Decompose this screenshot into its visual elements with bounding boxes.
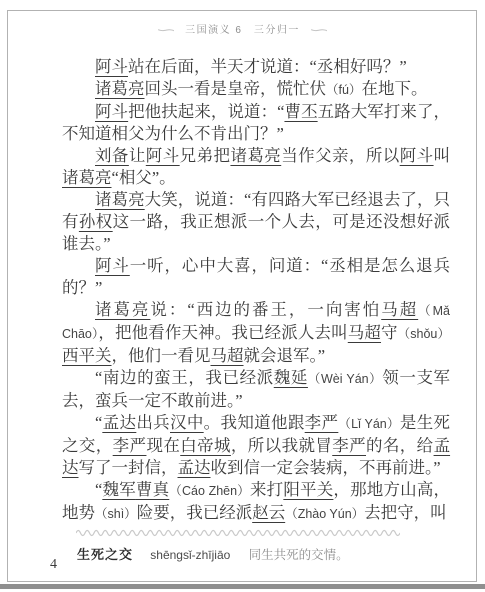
proper-noun-underlined: 诸葛亮 [62,168,112,187]
text-run: ，他们一看见 [112,346,211,365]
text-run: “相父”。 [112,168,176,187]
proper-noun-underlined: 魏延 [274,368,308,387]
proper-noun-underlined: 白帝城 [180,436,231,455]
proper-noun-underlined: 阿斗 [146,146,180,165]
proper-noun-underlined: 赵云 [252,503,285,522]
proper-noun-underlined: 阿斗 [95,57,128,76]
text-body: 阿斗站在后面，半天才说道：“丞相好吗？”诸葛亮回头一看是皇帝，慌忙伏（fú）在地… [62,56,450,525]
text-run: “南边的蛮王，我已经派 [95,368,274,387]
footnote-pinyin: shēngsǐ-zhījiāo [150,548,230,562]
paragraph: 阿斗把他扶起来，说道：“曹丕五路大军打来了，不知道相父为什么不肯出门？” [62,101,450,145]
text-run: 来打 [250,480,283,499]
proper-noun-underlined: 孙权 [79,212,113,231]
footnote-term: 生死之交 [77,547,133,562]
pinyin-annotation: （Cáo Zhēn） [169,484,250,498]
pinyin-annotation: （shì） [95,507,137,521]
paragraph: 诸葛亮说：“西边的番王，一向害怕马超（Mǎ Chāo），把他看作天神。我已经派人… [62,299,450,367]
proper-noun-underlined: 诸葛亮 [95,79,145,98]
text-run: 站在后面，半天才说道：“丞相好吗？” [128,57,407,76]
proper-noun-underlined: 汉中 [170,413,204,432]
proper-noun-underlined: 诸葛亮 [95,300,150,319]
paragraph: 阿斗一听，心中大喜，问道：“丞相是怎么退兵的？” [62,255,450,299]
proper-noun-underlined: 李严 [305,413,339,432]
pinyin-annotation: （Lǐ Yán） [338,417,400,431]
wavy-divider [76,528,400,538]
proper-noun-underlined: 马超 [211,346,244,365]
text-run: 当作父亲，所以 [281,146,399,165]
text-run: 的名，给 [366,436,434,455]
paragraph: 阿斗站在后面，半天才说道：“丞相好吗？” [62,56,450,78]
swirl-ornament-left-icon: ∽ [155,23,176,37]
text-run: 。我知道他跟 [204,413,305,432]
proper-noun-underlined: 阿斗 [400,146,434,165]
text-run: 写了一封信， [79,458,178,477]
pinyin-annotation: （shǒu） [398,327,450,341]
swirl-ornament-right-icon: ∽ [308,23,329,37]
running-header-title: 三国演义 6 三分归一 [185,25,300,36]
text-run: 去把守，叫 [364,503,447,522]
text-run: ，所以我就冒 [231,436,332,455]
proper-noun-underlined: 马超 [381,300,418,319]
text-run: 在地下。 [361,79,427,98]
text-run: 让 [129,146,146,165]
proper-noun-underlined: 魏军 [102,480,136,499]
text-run: 现在 [146,436,180,455]
proper-noun-underlined: 阳平关 [283,480,333,499]
text-run: 就会退军。” [244,346,326,365]
paragraph: 诸葛亮回头一看是皇帝，慌忙伏（fú）在地下。 [62,78,450,101]
vocabulary-footnote: 生死之交 shēngsǐ-zhījiāo 同生共死的交情。 [77,544,349,563]
proper-noun-underlined: 孟达 [178,458,211,477]
paragraph: “魏军曹真（Cáo Zhēn）来打阳平关，那地方山高，地势（shì）险要，我已经… [62,479,450,525]
proper-noun-underlined: 孟达 [102,413,136,432]
wavy-divider-path [76,531,400,536]
text-run: 说：“西边的番王，一向害怕 [150,300,381,319]
paragraph: “南边的蛮王，我已经派魏延（Wèi Yán）领一支军去，蛮兵一定不敢前进。” [62,367,450,412]
paragraph: 诸葛亮大笑，说道：“有四路大军已经退去了，只有孙权这一路，我正想派一个人去，可是… [62,189,450,255]
text-run: 这一路，我正想派一个人去，可是还没想好派谁去。” [62,212,450,253]
proper-noun-underlined: 刘备 [95,146,129,165]
footnote-definition: 同生共死的交情。 [249,548,349,562]
proper-noun-underlined: 李严 [113,436,147,455]
pinyin-annotation: （Zhào Yún） [285,507,364,521]
proper-noun-underlined: 李严 [332,436,366,455]
text-run: 出兵 [136,413,170,432]
page-number: 4 [50,557,57,573]
text-run: 险要，我已经派 [137,503,253,522]
proper-noun-underlined: 西平关 [62,346,112,365]
text-run: 叫 [434,146,451,165]
text-run: 收到信一定会装病，不再前进。” [211,458,441,477]
proper-noun-underlined: 阿斗 [95,102,128,121]
text-run: 兄弟把 [180,146,231,165]
pinyin-annotation: （fú） [326,83,361,97]
running-header: ∽三国演义 6 三分归一∽ [0,21,485,37]
text-run: 把他扶起来，说道：“ [128,102,284,121]
text-run: ，把他看作天神。我已经派人去叫 [98,323,347,342]
text-run: 守 [381,323,398,342]
proper-noun-underlined: 曹真 [136,480,169,499]
proper-noun-underlined: 阿斗 [95,256,130,275]
paragraph: 刘备让阿斗兄弟把诸葛亮当作父亲，所以阿斗叫诸葛亮“相父”。 [62,145,450,189]
book-page: { "header": { "title": "三国演义 6 三分归一", "o… [0,0,485,592]
pinyin-annotation: （Wèi Yán） [308,372,382,386]
proper-noun-underlined: 诸葛亮 [95,190,145,209]
text-run: 回头一看是皇帝，慌忙伏 [145,79,327,98]
proper-noun-underlined: 曹丕 [284,102,317,121]
paragraph: “孟达出兵汉中。我知道他跟李严（Lǐ Yán）是生死之交，李严现在白帝城，所以我… [62,412,450,479]
page-bottom-edge [0,584,485,589]
proper-noun-underlined: 马超 [348,323,381,342]
proper-noun-underlined: 诸葛亮 [230,146,281,165]
